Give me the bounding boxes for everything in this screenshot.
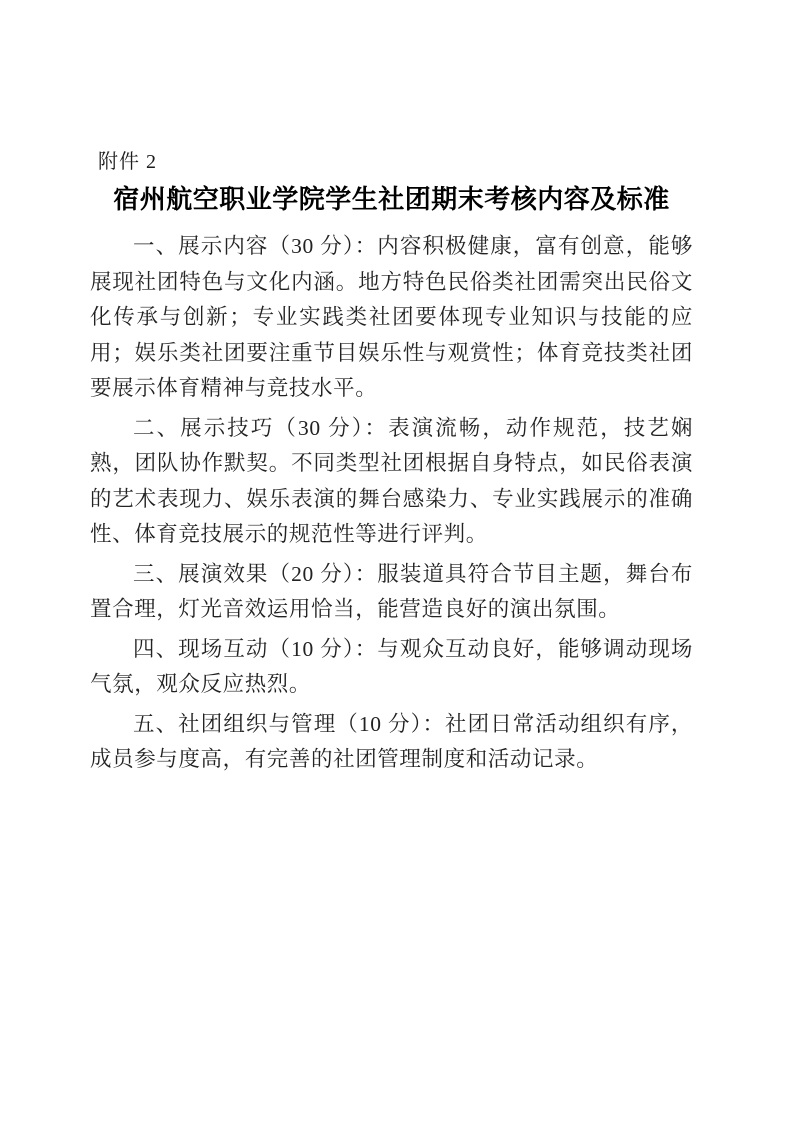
attachment-label: 附件 2 (98, 150, 693, 174)
paragraph-3: 三、展演效果（20 分）：服装道具符合节目主题，舞台布置合理，灯光音效运用恰当，… (90, 557, 693, 628)
document-body: 一、展示内容（30 分）：内容积极健康，富有创意，能够展现社团特色与文化内涵。地… (90, 229, 693, 778)
paragraph-5: 五、社团组织与管理（10 分）：社团日常活动组织有序，成员参与度高，有完善的社团… (90, 707, 693, 778)
paragraph-4: 四、现场互动（10 分）：与观众互动良好，能够调动现场气氛，观众反应热烈。 (90, 632, 693, 703)
paragraph-1: 一、展示内容（30 分）：内容积极健康，富有创意，能够展现社团特色与文化内涵。地… (90, 229, 693, 407)
paragraph-2: 二、展示技巧（30 分）：表演流畅，动作规范，技艺娴熟，团队协作默契。不同类型社… (90, 411, 693, 553)
page-title: 宿州航空职业学院学生社团期末考核内容及标准 (90, 184, 693, 216)
document-page: 附件 2 宿州航空职业学院学生社团期末考核内容及标准 一、展示内容（30 分）：… (0, 0, 793, 1122)
